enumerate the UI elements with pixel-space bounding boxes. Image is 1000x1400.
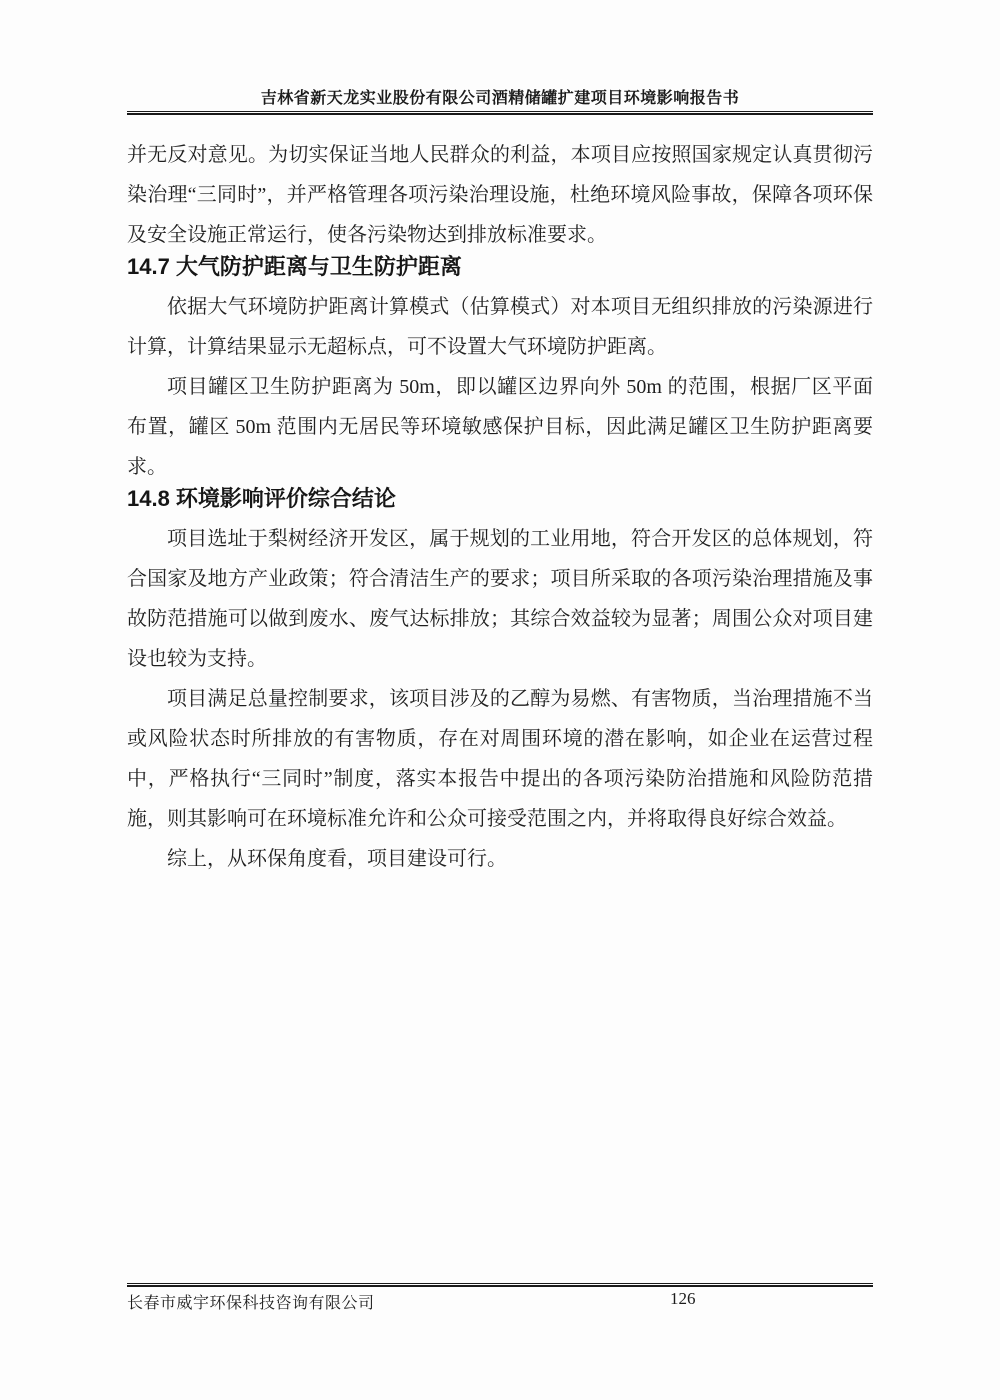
header-rule bbox=[127, 111, 873, 115]
body-paragraph-conclusion: 综上，从环保角度看，项目建设可行。 bbox=[127, 839, 873, 879]
footer-company-name: 长春市威宇环保科技咨询有限公司 bbox=[127, 1290, 375, 1313]
document-page: 吉林省新天龙实业股份有限公司酒精储罐扩建项目环境影响报告书 并无反对意见。为切实… bbox=[0, 0, 1000, 1400]
page-number: 126 bbox=[670, 1289, 696, 1309]
body-paragraph-continuation: 并无反对意见。为切实保证当地人民群众的利益，本项目应按照国家规定认真贯彻污染治理… bbox=[127, 135, 873, 255]
body-paragraph: 项目满足总量控制要求，该项目涉及的乙醇为易燃、有害物质，当治理措施不当或风险状态… bbox=[127, 679, 873, 839]
section-heading-14-8: 14.8 环境影响评价综合结论 bbox=[127, 479, 873, 519]
footer-rule bbox=[127, 1283, 873, 1287]
header-title: 吉林省新天龙实业股份有限公司酒精储罐扩建项目环境影响报告书 bbox=[0, 85, 1000, 108]
document-body: 并无反对意见。为切实保证当地人民群众的利益，本项目应按照国家规定认真贯彻污染治理… bbox=[127, 135, 873, 879]
body-paragraph: 依据大气环境防护距离计算模式（估算模式）对本项目无组织排放的污染源进行计算，计算… bbox=[127, 287, 873, 367]
body-paragraph: 项目罐区卫生防护距离为 50m，即以罐区边界向外 50m 的范围，根据厂区平面布… bbox=[127, 367, 873, 487]
body-paragraph: 项目选址于梨树经济开发区，属于规划的工业用地，符合开发区的总体规划，符合国家及地… bbox=[127, 519, 873, 679]
